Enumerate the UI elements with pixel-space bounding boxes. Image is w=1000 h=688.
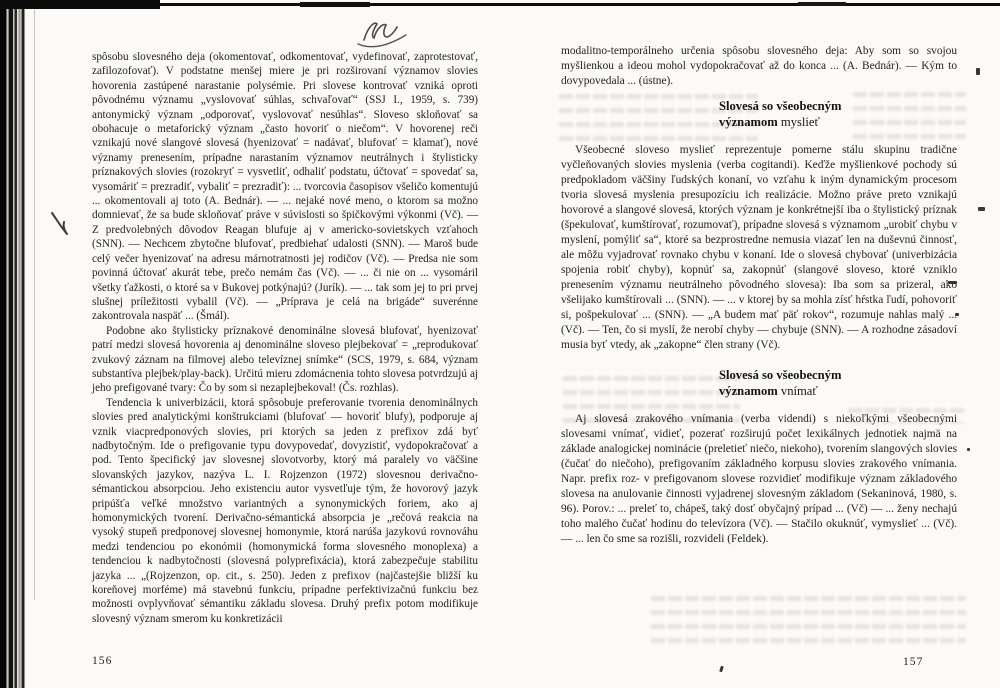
heading-line2-bold: významom [719,115,778,129]
scan-edge-top-bump [300,2,370,7]
heading-line2-term: myslieť [781,115,820,129]
scan-edge-left-bands [0,0,26,688]
heading-line2-bold: významom [719,384,778,398]
scan-speck [719,666,724,673]
ghost-text-patch [648,592,966,648]
right-paragraph-intro: modalitno-temporálneho určenia spôsobu s… [561,44,957,89]
section-heading-vnimat: Slovesá so všeobecným významom vnímať [719,368,957,399]
handwritten-squiggle-annotation [350,16,412,52]
right-paragraph-mysliet: Všeobecné sloveso myslieť reprezentuje p… [561,143,957,353]
scan-edge-faint-line [34,0,35,600]
section-heading-mysliet: Slovesá so všeobecným významom myslieť [719,99,957,130]
page-left: spôsobu slovesného deja (okomentovať, od… [92,50,478,626]
left-paragraph-univerbizacia: Tendencia k univerbizácii, ktorá spôsobu… [92,396,478,627]
heading-line1: Slovesá so všeobecným [719,368,841,382]
scan-speck [976,68,980,75]
page-number-right: 157 [903,655,923,668]
scan-edge-top-bump [798,2,846,6]
heading-line2-term: vnímať [781,384,818,398]
scan-speck [967,448,970,451]
scan-speck [978,207,985,211]
heading-line1: Slovesá so všeobecným [719,99,841,113]
left-paragraph-continuation: spôsobu slovesného deja (okomentovať, od… [92,50,478,324]
page-right: modalitno-temporálneho určenia spôsobu s… [561,44,957,547]
scan-edge-top-left-blob [0,0,160,9]
book-scan: spôsobu slovesného deja (okomentovať, od… [0,0,1000,688]
left-paragraph-plejbekovat: Podobne ako štylisticky príznakové denom… [92,324,478,396]
right-paragraph-vnimat: Aj slovesá zrakového vnímania (verba vid… [561,412,957,547]
page-number-left: 156 [92,654,112,667]
handwritten-tick-mark [48,210,72,238]
